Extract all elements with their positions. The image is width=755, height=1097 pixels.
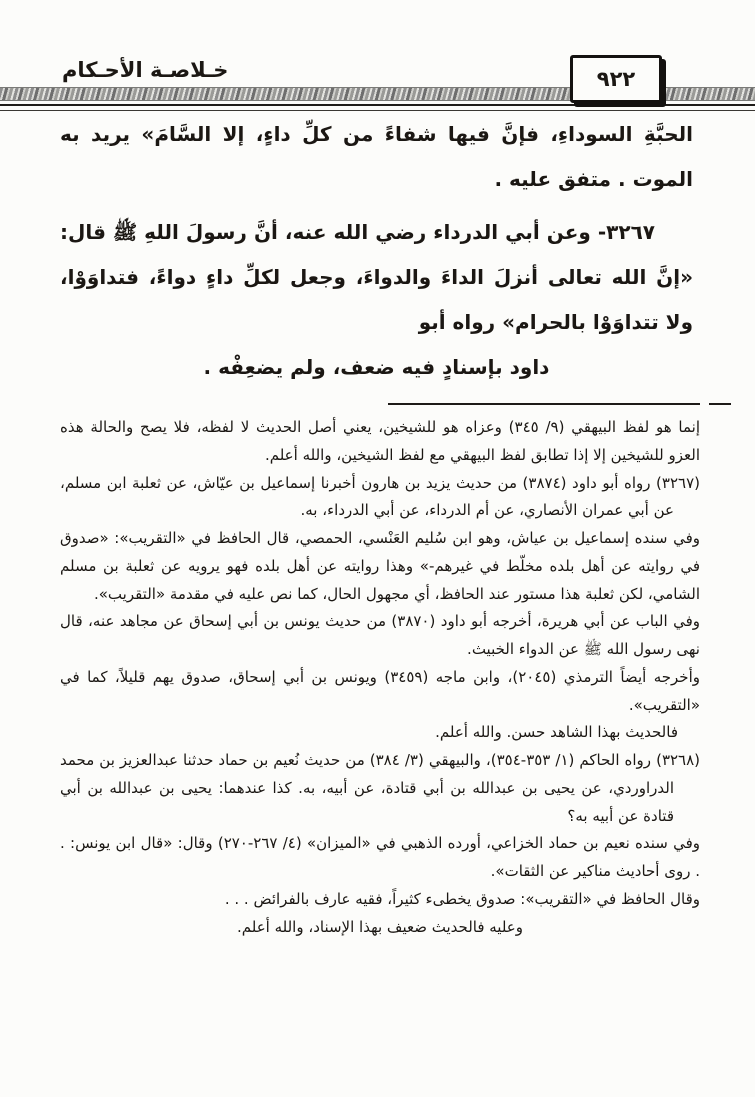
footnote-hafiz-taqrib-quote: وقال الحافظ في «التقريب»: صدوق يخطىء كثي…	[60, 886, 700, 914]
footnote-3267: (٣٢٦٧) رواه أبو داود (٣٨٧٤) من حديث يزيد…	[60, 470, 700, 526]
footnote-isnad-comment-3268: وفي سنده نعيم بن حماد الخزاعي، أورده الذ…	[60, 830, 700, 886]
header-rule	[0, 104, 755, 111]
footnote-continuation-text: إنما هو لفظ البيهقي (٩/ ٣٤٥) وعزاه هو لل…	[60, 418, 700, 464]
footnote-separator-line	[388, 403, 700, 405]
book-title: خـلاصـة الأحـكام	[62, 58, 228, 82]
book-page: خـلاصـة الأحـكام ٩٢٢ الحبَّةِ السوداءِ، …	[0, 0, 755, 1097]
body-text: الحبَّةِ السوداءِ، فإنَّ فيها شفاءً من ك…	[60, 112, 693, 408]
footnotes-block: = إنما هو لفظ البيهقي (٩/ ٣٤٥) وعزاه هو …	[60, 414, 700, 1061]
continuation-line: الحبَّةِ السوداءِ، فإنَّ فيها شفاءً من ك…	[60, 112, 693, 202]
footnote-isnad-comment-3267: وفي سنده إسماعيل بن عياش، وهو ابن سُليم …	[60, 525, 700, 608]
hadith-3267-tail: داود بإسنادٍ فيه ضعف، ولم يضعِفْه .	[60, 345, 693, 390]
footnote-3268: (٣٢٦٨) رواه الحاكم (١/ ٣٥٣-٣٥٤)، والبيهق…	[60, 747, 700, 830]
footnote-takhrij-tirmidhi-ibn-majah: وأخرجه أيضاً الترمذي (٢٠٤٥)، وابن ماجه (…	[60, 664, 700, 720]
hadith-3267: ٣٢٦٧- وعن أبي الدرداء رضي الله عنه، أنَّ…	[60, 210, 693, 345]
footnote-continuation: = إنما هو لفظ البيهقي (٩/ ٣٤٥) وعزاه هو …	[60, 414, 700, 470]
footnote-hadith-grade-hasan: فالحديث بهذا الشاهد حسن. والله أعلم.	[60, 719, 700, 747]
page-number-box: ٩٢٢	[570, 55, 662, 103]
footnote-hadith-grade-daif: وعليه فالحديث ضعيف بهذا الإسناد، والله أ…	[60, 914, 700, 942]
page-number: ٩٢٢	[597, 67, 635, 91]
footnote-shahid-abu-hurayra: وفي الباب عن أبي هريرة، أخرجه أبو داود (…	[60, 608, 700, 664]
footnote-separator-tick	[709, 403, 731, 405]
